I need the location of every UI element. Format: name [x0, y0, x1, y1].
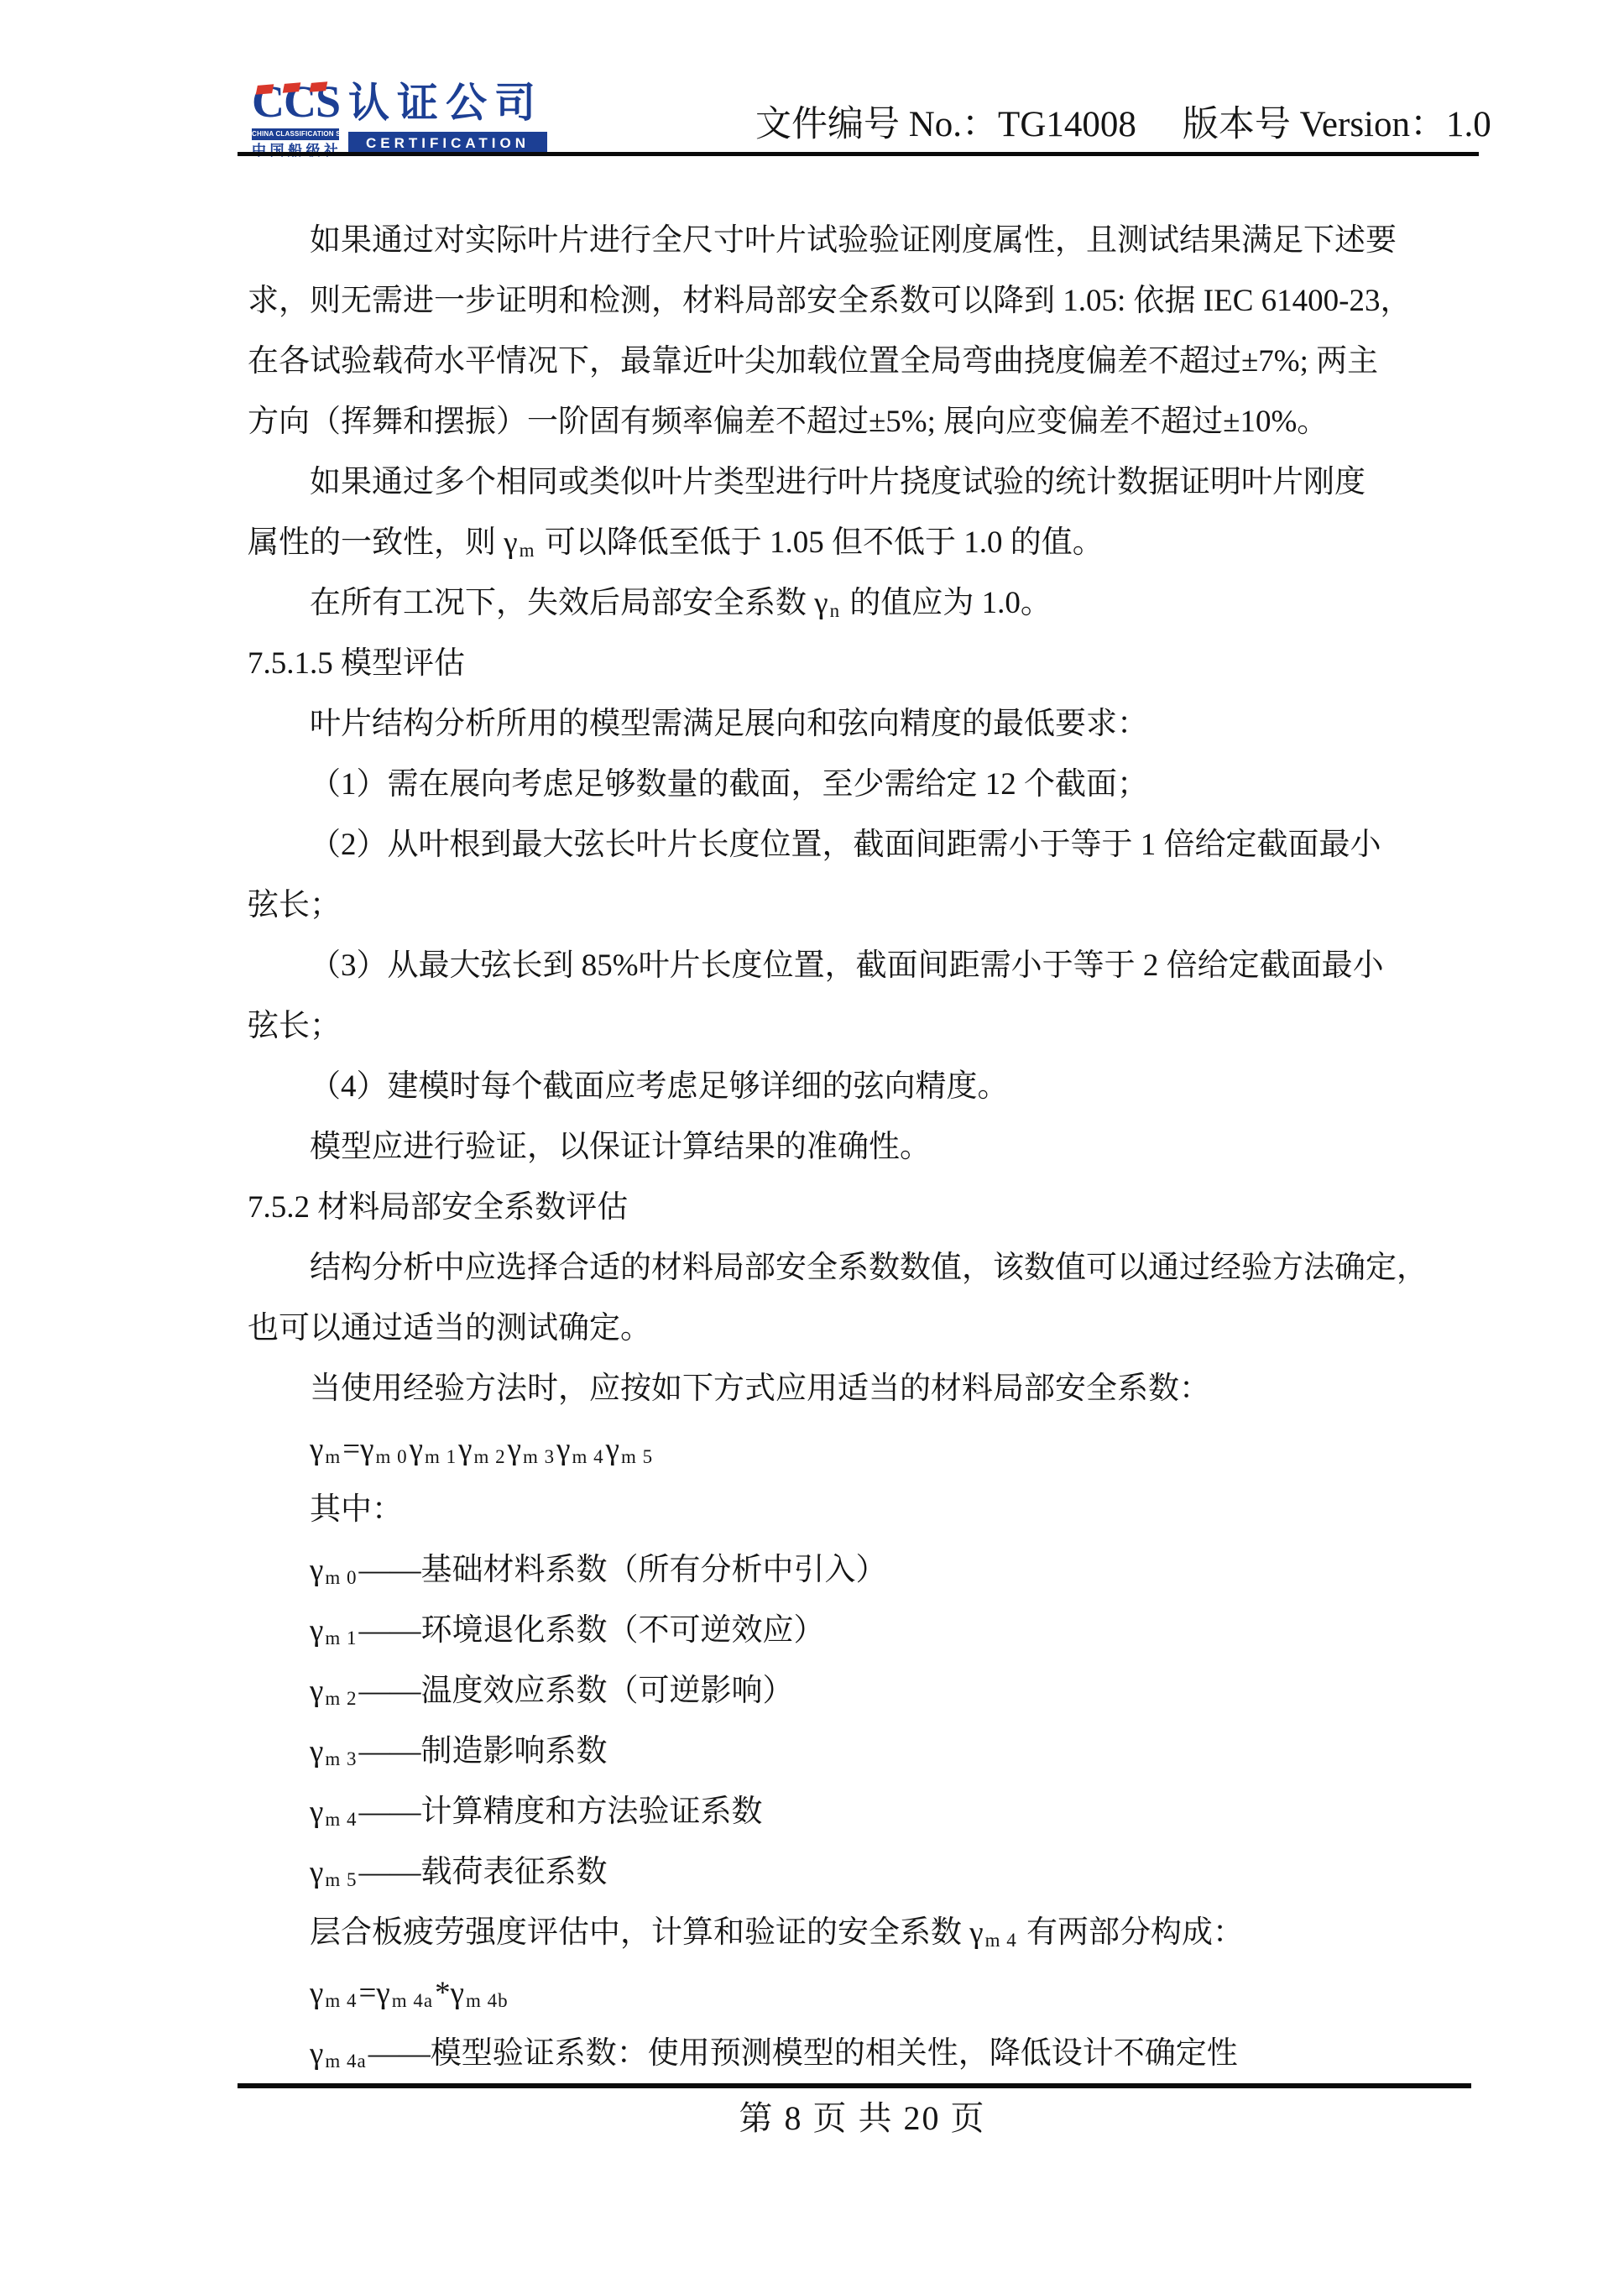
- body-line: γm 5——载荷表征系数: [248, 1842, 1490, 1903]
- ccs-red-flag-icon: [310, 81, 328, 92]
- ccs-logo: CCS CHINA CLASSIFICATION SOCIETY 中国船级社 认…: [252, 80, 562, 164]
- subscript: m 4: [325, 1990, 357, 2011]
- body-line: γm=γm 0γm 1γm 2γm 3γm 4γm 5: [248, 1419, 1490, 1480]
- body-line: 也可以通过适当的测试确定。: [248, 1298, 1490, 1359]
- subscript: m 2: [473, 1446, 505, 1467]
- ccs-logo-left: CCS CHINA CLASSIFICATION SOCIETY 中国船级社: [252, 80, 339, 164]
- subscript: m 4a: [392, 1990, 433, 2011]
- subscript: m 1: [425, 1446, 457, 1467]
- ccs-en-banner: CHINA CLASSIFICATION SOCIETY: [252, 128, 339, 140]
- subscript: m 4: [985, 1930, 1017, 1951]
- ccs-cn-name: 中国船级社: [252, 143, 339, 159]
- subscript: m 4b: [466, 1990, 509, 2011]
- ccs-logo-right: 认证公司 CERTIFICATION: [348, 80, 550, 164]
- subscript: m 4a: [325, 2051, 366, 2072]
- subscript: m 2: [325, 1688, 357, 1709]
- body-line: 如果通过对实际叶片进行全尺寸叶片试验验证刚度属性，且测试结果满足下述要: [248, 211, 1490, 271]
- subscript: m: [520, 540, 535, 561]
- footer-rule: [238, 2083, 1471, 2088]
- subscript: m: [325, 1446, 341, 1467]
- body-line: 弦长；: [248, 996, 1490, 1057]
- body-line: γm 4a——模型验证系数：使用预测模型的相关性，降低设计不确定性: [248, 2024, 1490, 2084]
- subscript: m 3: [523, 1446, 555, 1467]
- document-meta: 文件编号 No.：TG14008版本号 Version：1.0: [755, 104, 1481, 146]
- ccs-red-flag-icon: [283, 82, 301, 93]
- body-line: γm 3——制造影响系数: [248, 1722, 1490, 1782]
- certification-company-cn: 认证公司: [348, 80, 550, 127]
- body-line: （2）从叶根到最大弦长叶片长度位置，截面间距需小于等于 1 倍给定截面最小: [248, 815, 1490, 875]
- body-line: 方向（挥舞和摆振）一阶固有频率偏差不超过±5%; 展向应变偏差不超过±10%。: [248, 392, 1490, 452]
- body-line: 结构分析中应选择合适的材料局部安全系数数值，该数值可以通过经验方法确定，: [248, 1238, 1490, 1298]
- body-line: 层合板疲劳强度评估中，计算和验证的安全系数 γm 4 有两部分构成：: [248, 1903, 1490, 1963]
- subscript: m 3: [325, 1748, 357, 1769]
- section-heading: 7.5.2 材料局部安全系数评估: [248, 1178, 1490, 1238]
- body-line: γm 2——温度效应系数（可逆影响）: [248, 1661, 1490, 1722]
- subscript: m 0: [375, 1446, 407, 1467]
- page-number: 第 8 页 共 20 页: [248, 2098, 1477, 2140]
- body-line: 叶片结构分析所用的模型需满足展向和弦向精度的最低要求：: [248, 694, 1490, 755]
- body-line: γm 0——基础材料系数（所有分析中引入）: [248, 1540, 1490, 1601]
- ccs-red-flag-icon: [256, 84, 274, 95]
- body-line: （4）建模时每个截面应考虑足够详细的弦向精度。: [248, 1057, 1490, 1117]
- body-line: 模型应进行验证，以保证计算结果的准确性。: [248, 1117, 1490, 1178]
- body-line: 求，则无需进一步证明和检测，材料局部安全系数可以降到 1.05: 依据 IEC …: [248, 271, 1490, 332]
- body-line: γm 4——计算精度和方法验证系数: [248, 1782, 1490, 1842]
- body-line: 在所有工况下，失效后局部安全系数 γn 的值应为 1.0。: [248, 573, 1490, 634]
- body-line: （1）需在展向考虑足够数量的截面，至少需给定 12 个截面；: [248, 755, 1490, 815]
- body-line: 在各试验载荷水平情况下，最靠近叶尖加载位置全局弯曲挠度偏差不超过±7%; 两主: [248, 332, 1490, 392]
- body-line: 如果通过多个相同或类似叶片类型进行叶片挠度试验的统计数据证明叶片刚度: [248, 452, 1490, 513]
- subscript: n: [830, 600, 841, 621]
- subscript: m 5: [325, 1869, 357, 1890]
- ccs-monogram: CCS: [252, 80, 339, 127]
- section-heading: 7.5.1.5 模型评估: [248, 634, 1490, 694]
- body-line: 其中：: [248, 1480, 1490, 1540]
- version-number: 版本号 Version：1.0: [1183, 105, 1491, 144]
- body-line: γm 4=γm 4a*γm 4b: [248, 1963, 1490, 2024]
- subscript: m 5: [621, 1446, 653, 1467]
- body-line: 当使用经验方法时，应按如下方式应用适当的材料局部安全系数：: [248, 1359, 1490, 1419]
- document-number: 文件编号 No.：TG14008: [755, 105, 1136, 144]
- header-rule: [238, 152, 1479, 156]
- document-body: 如果通过对实际叶片进行全尺寸叶片试验验证刚度属性，且测试结果满足下述要求，则无需…: [248, 211, 1490, 2084]
- body-line: 弦长；: [248, 875, 1490, 936]
- body-line: 属性的一致性，则 γm 可以降低至低于 1.05 但不低于 1.0 的值。: [248, 513, 1490, 573]
- subscript: m 4: [325, 1809, 357, 1830]
- body-line: （3）从最大弦长到 85%叶片长度位置，截面间距需小于等于 2 倍给定截面最小: [248, 936, 1490, 996]
- subscript: m 4: [572, 1446, 603, 1467]
- subscript: m 0: [325, 1567, 357, 1588]
- subscript: m 1: [325, 1628, 357, 1648]
- document-page: CCS CHINA CLASSIFICATION SOCIETY 中国船级社 认…: [0, 0, 1624, 2278]
- body-line: γm 1——环境退化系数（不可逆效应）: [248, 1601, 1490, 1661]
